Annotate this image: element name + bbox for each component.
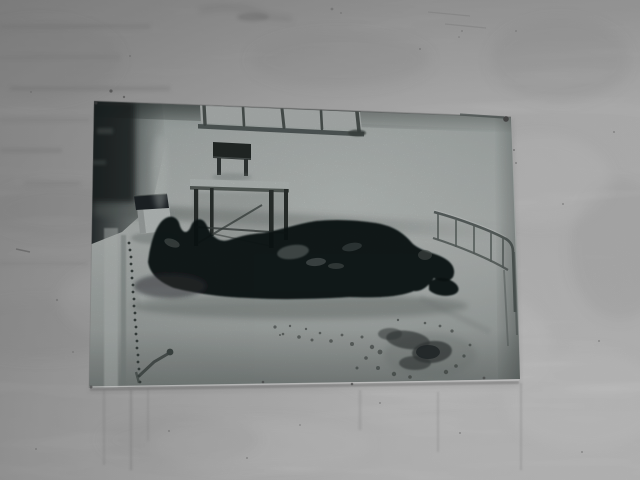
screenshot-root: black-and-white print of a sparse room h…: [0, 0, 640, 480]
wall-photograph-scene: black-and-white print of a sparse room h…: [0, 0, 640, 480]
global-grain: [0, 0, 640, 480]
